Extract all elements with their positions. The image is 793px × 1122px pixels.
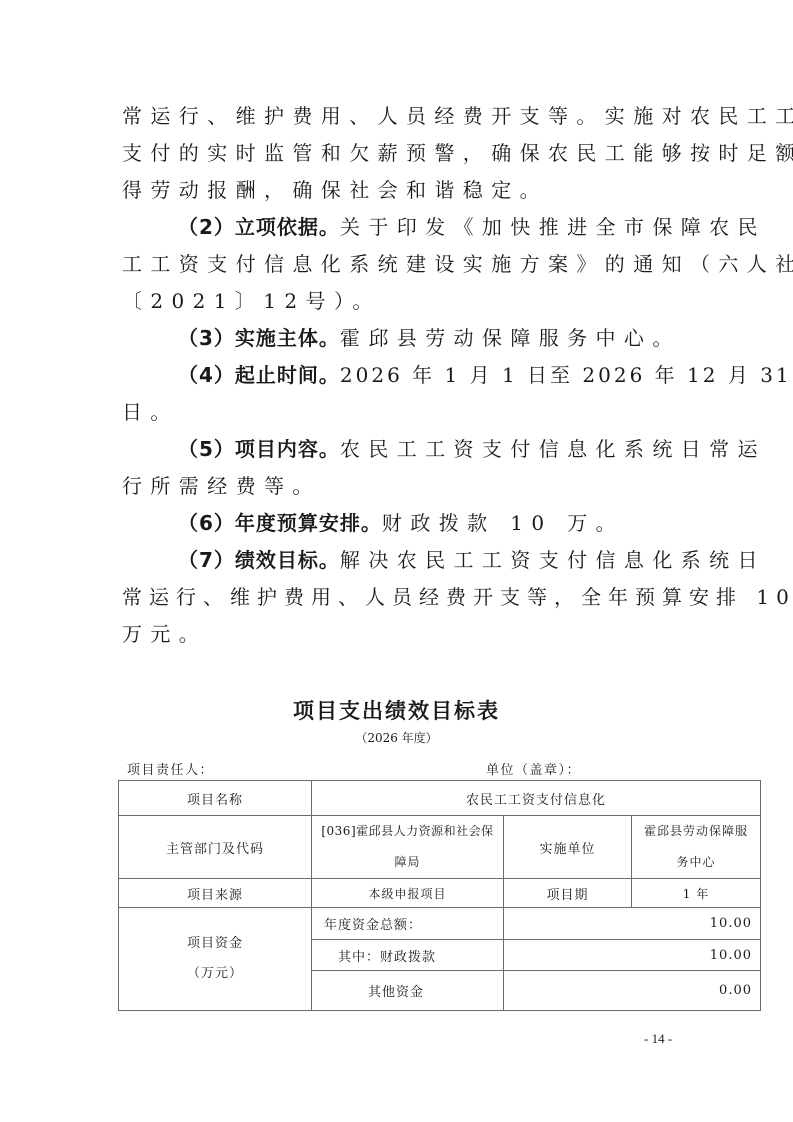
funds-label-line2: （万元） [187,966,243,981]
body-line: 工工资支付信息化系统建设实施方案》的通知（六人社秘 [122,246,682,283]
item-text: 解决农民工工资支付信息化系统日 [340,548,766,572]
funds-row-label: 其中：财政拨款 [312,940,504,971]
period-label: 项目期 [504,879,632,908]
impl-unit-value: 霍邱县劳动保障服务中心 [632,816,761,879]
body-text: 常运行、维护费用、人员经费开支等。实施对农民工工资 支付的实时监管和欠薪预警，确… [122,98,682,653]
dept-value: [036]霍邱县人力资源和社会保障局 [312,816,504,879]
table-row: 项目来源 本级申报项目 项目期 1 年 [119,879,761,908]
body-line: 常运行、维护费用、人员经费开支等。实施对农民工工资 [122,98,682,135]
item-number: （3） [178,326,235,350]
dept-value-line1: [036]霍邱县人力资源和社会保 [321,824,493,838]
table-title: 项目支出绩效目标表 [0,695,793,725]
project-name-value: 农民工工资支付信息化 [312,781,761,816]
item-text: 农民工工资支付信息化系统日常运 [340,437,766,461]
item-number: （7） [178,548,235,572]
item-text: 财政拨款 10 万。 [382,511,624,535]
period-value: 1 年 [632,879,761,908]
item-6: （6）年度预算安排。财政拨款 10 万。 [122,505,682,542]
item-text: 关于印发《加快推进全市保障农民 [340,215,766,239]
funds-row-value: 10.00 [504,940,761,971]
funds-row-value: 10.00 [504,908,761,940]
item-heading: 绩效目标。 [235,548,340,572]
body-line: 〔2021〕12号）。 [122,283,682,320]
table-row: 主管部门及代码 [036]霍邱县人力资源和社会保障局 实施单位 霍邱县劳动保障服… [119,816,761,879]
item-7: （7）绩效目标。解决农民工工资支付信息化系统日 [122,542,682,579]
body-line: 日。 [122,394,682,431]
body-line: 得劳动报酬，确保社会和谐稳定。 [122,172,682,209]
funds-row-label: 其他资金 [312,971,504,1011]
item-text: 2026 年 1 月 1 日至 2026 年 12 月 31 [340,363,792,387]
item-5: （5）项目内容。农民工工资支付信息化系统日常运 [122,431,682,468]
item-number: （6） [178,511,235,535]
item-number: （4） [178,363,235,387]
responsible-person-label: 项目责任人： [127,759,214,778]
item-3: （3）实施主体。霍邱县劳动保障服务中心。 [122,320,682,357]
table-row: 项目资金（万元） 年度资金总额： 10.00 [119,908,761,940]
funds-label-line1: 项目资金 [187,936,243,951]
item-text: 霍邱县劳动保障服务中心。 [340,326,681,350]
project-name-label: 项目名称 [119,781,312,816]
funds-row-label: 年度资金总额： [312,908,504,940]
impl-unit-value-line2: 务中心 [676,855,715,869]
page-number: - 14 - [644,1031,672,1047]
performance-target-table: 项目名称 农民工工资支付信息化 主管部门及代码 [036]霍邱县人力资源和社会保… [118,780,761,1011]
item-number: （5） [178,437,235,461]
unit-seal-label: 单位（盖章）： [486,759,581,778]
dept-label: 主管部门及代码 [119,816,312,879]
source-label: 项目来源 [119,879,312,908]
impl-unit-label: 实施单位 [504,816,632,879]
table-row: 项目名称 农民工工资支付信息化 [119,781,761,816]
item-number: （2） [178,215,235,239]
item-heading: 实施主体。 [235,326,340,350]
impl-unit-value-line1: 霍邱县劳动保障服 [644,824,748,838]
item-heading: 起止时间。 [235,363,340,387]
body-line: 万元。 [122,616,682,653]
funds-label: 项目资金（万元） [119,908,312,1011]
body-line: 支付的实时监管和欠薪预警，确保农民工能够按时足额获 [122,135,682,172]
funds-row-value: 0.00 [504,971,761,1011]
body-line: 行所需经费等。 [122,468,682,505]
body-line: 常运行、维护费用、人员经费开支等，全年预算安排 10 [122,579,682,616]
source-value: 本级申报项目 [312,879,504,908]
item-heading: 立项依据。 [235,215,340,239]
table-subtitle: （2026 年度） [0,729,793,746]
dept-value-line2: 障局 [394,855,420,869]
item-heading: 项目内容。 [235,437,340,461]
item-2: （2）立项依据。关于印发《加快推进全市保障农民 [122,209,682,246]
item-4: （4）起止时间。2026 年 1 月 1 日至 2026 年 12 月 31 [122,357,682,394]
item-heading: 年度预算安排。 [235,511,382,535]
